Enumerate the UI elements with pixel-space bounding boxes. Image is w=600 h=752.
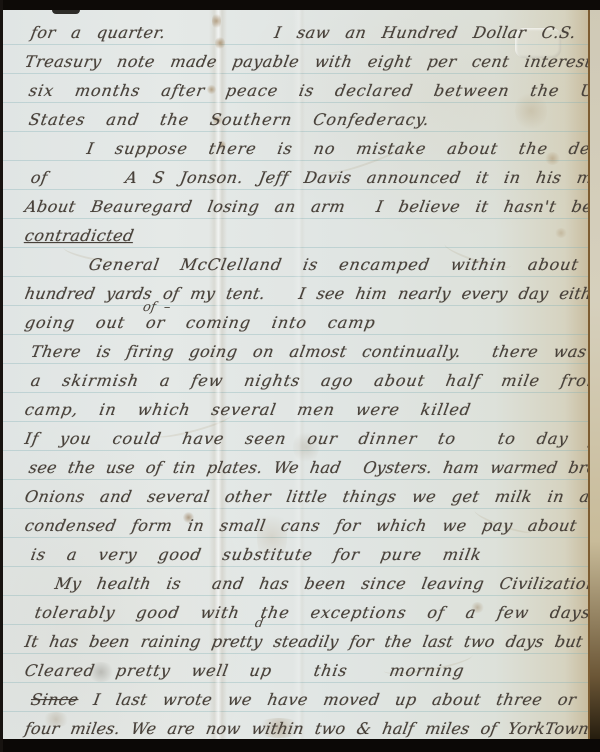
letter-line-25: four miles. We are now within two & half…: [25, 714, 582, 739]
scan-border-top-bump: [52, 10, 80, 14]
letter-line-22: It has been raining pretty steadily for …: [25, 627, 582, 656]
letter-line-1: for a quarter. I saw an Hundred Dollar C…: [25, 18, 582, 47]
adjacent-page-edge: [588, 0, 600, 752]
letter-line-16: see the use of tin plates. We had Oyster…: [25, 453, 582, 482]
letter-line-3: six months after peace is declared betwe…: [25, 76, 582, 105]
letter-line-6: of A S Jonson. Jeff Davis announced it i…: [25, 163, 582, 192]
letter-line-15: If you could have seen our dinner to to …: [25, 424, 582, 453]
letter-line-5: I suppose there is no mistake about the …: [25, 134, 582, 163]
letter-line-7: About Beauregard losing an arm I believe…: [25, 192, 582, 221]
scan-border-left: [0, 0, 3, 752]
letter-line-18: condensed form in small cans for which w…: [25, 511, 582, 540]
letter-line-19: is a very good substitute for pure milk: [25, 540, 582, 569]
letter-line-2: Treasury note made payable with eight pe…: [25, 47, 582, 76]
letter-line-24: Since I last wrote we have moved up abou…: [25, 685, 582, 714]
letter-line-14: camp, in which several men were killed: [25, 395, 582, 424]
letter-line-21: tolerably good with the exceptions of a …: [25, 598, 582, 627]
letter-line-17: Onions and several other little things w…: [25, 482, 582, 511]
letter-line-10: hundred yards of my tent. I see him near…: [25, 279, 582, 308]
letter-line-8: contradicted: [25, 221, 582, 250]
scan-border-top: [0, 0, 600, 10]
letter-line-12: There is firing going on almost continua…: [25, 337, 582, 366]
letter-page: for a quarter. I saw an Hundred Dollar C…: [3, 10, 588, 739]
letter-line-23: Cleared pretty well up this morning: [25, 656, 582, 685]
scan-border-bottom: [0, 739, 600, 752]
letter-line-9: General McClelland is encamped within ab…: [25, 250, 582, 279]
letter-body: for a quarter. I saw an Hundred Dollar C…: [25, 18, 582, 739]
letter-line-11: going out or coming into camp: [25, 308, 582, 337]
letter-line-13: a skirmish a few nights ago about half m…: [25, 366, 582, 395]
letter-line-20: My health is and has been since leaving …: [25, 569, 582, 598]
inserted-word-of: of –: [142, 300, 172, 315]
letter-line-4: States and the Southern Confederacy.: [25, 105, 582, 134]
